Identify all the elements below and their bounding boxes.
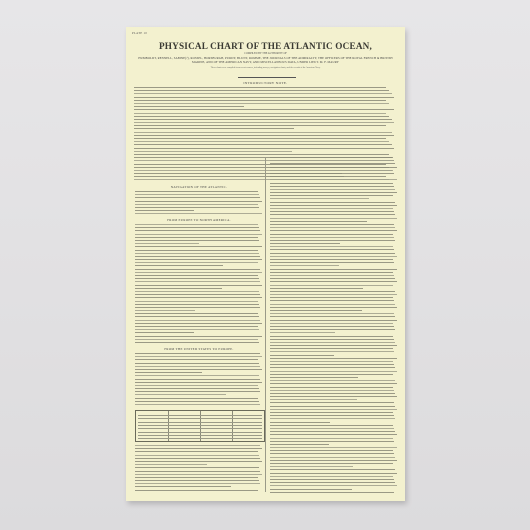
text-line	[270, 256, 397, 257]
text-line	[270, 390, 394, 391]
text-line	[270, 307, 397, 308]
text-line	[270, 160, 394, 161]
text-line	[270, 237, 394, 238]
text-line	[270, 444, 329, 445]
text-line	[135, 210, 194, 211]
column-divider	[265, 157, 266, 492]
text-line	[135, 363, 259, 364]
text-line	[134, 144, 392, 145]
text-line	[135, 259, 262, 260]
text-line	[135, 477, 258, 478]
text-line	[270, 412, 393, 413]
text-line	[135, 246, 262, 247]
text-line	[270, 434, 397, 435]
text-line	[270, 329, 395, 330]
text-line	[135, 213, 262, 214]
text-line	[135, 294, 260, 295]
text-line	[135, 391, 260, 392]
text-line	[134, 87, 386, 88]
text-line	[270, 485, 397, 486]
text-line	[270, 313, 394, 314]
text-line	[270, 269, 397, 270]
text-line	[135, 250, 258, 251]
text-line	[135, 240, 259, 241]
text-line	[135, 356, 262, 357]
text-line	[270, 428, 394, 429]
text-line	[270, 399, 357, 400]
text-line	[134, 128, 294, 129]
text-line	[135, 451, 258, 452]
text-line	[270, 240, 395, 241]
text-line	[135, 458, 260, 459]
text-line	[270, 176, 344, 177]
after-table-text	[135, 445, 263, 493]
second-route-heading: FROM THE UNITED STATES TO EUROPE.	[135, 347, 263, 351]
text-line	[270, 304, 395, 305]
text-line	[134, 154, 389, 155]
text-line	[134, 93, 392, 94]
text-line	[270, 288, 363, 289]
text-line	[135, 490, 258, 491]
text-line	[270, 224, 394, 225]
text-line	[270, 170, 393, 171]
text-line	[135, 369, 262, 370]
text-line	[270, 246, 393, 247]
text-line	[270, 195, 393, 196]
text-line	[270, 476, 393, 477]
text-line	[135, 291, 259, 292]
text-line	[135, 310, 195, 311]
text-line	[270, 364, 394, 365]
text-line	[135, 471, 260, 472]
text-line	[270, 492, 394, 493]
text-line	[270, 374, 393, 375]
text-line	[270, 310, 362, 311]
text-line	[270, 345, 397, 346]
text-line	[270, 409, 397, 410]
text-line	[135, 445, 260, 446]
text-line	[134, 138, 386, 139]
text-line	[135, 388, 259, 389]
text-line	[135, 461, 262, 462]
text-line	[270, 285, 393, 286]
text-line	[134, 100, 386, 101]
text-line	[135, 191, 258, 192]
text-line	[270, 157, 393, 158]
text-line	[134, 151, 292, 152]
text-line	[270, 406, 395, 407]
text-line	[135, 401, 259, 402]
text-line	[135, 483, 260, 484]
text-line	[135, 332, 194, 333]
poster-document: PLATE 10 PHYSICAL CHART OF THE ATLANTIC …	[126, 27, 405, 501]
first-route-heading: FROM EUROPE TO NORTH AMERICA.	[135, 218, 263, 222]
text-line	[270, 221, 367, 222]
text-line	[270, 281, 397, 282]
text-line	[270, 383, 397, 384]
text-line	[270, 342, 395, 343]
text-line	[270, 482, 395, 483]
text-line	[270, 275, 394, 276]
text-line	[135, 385, 258, 386]
text-line	[270, 358, 397, 359]
text-line	[270, 278, 395, 279]
text-line	[270, 438, 393, 439]
text-line	[135, 301, 258, 302]
text-line	[270, 367, 395, 368]
text-line	[135, 366, 260, 367]
text-line	[135, 455, 259, 456]
text-line	[270, 460, 397, 461]
text-line	[270, 243, 340, 244]
text-line	[270, 265, 339, 266]
text-line	[270, 316, 395, 317]
text-line	[270, 294, 397, 295]
text-line	[135, 486, 231, 487]
text-line	[270, 214, 395, 215]
text-line	[135, 467, 259, 468]
text-line	[135, 285, 262, 286]
text-line	[270, 186, 394, 187]
text-line	[135, 224, 258, 225]
text-line	[135, 204, 258, 205]
text-line	[135, 243, 199, 244]
text-line	[135, 194, 259, 195]
text-line	[270, 173, 394, 174]
text-line	[135, 272, 262, 273]
text-line	[270, 336, 393, 337]
text-line	[135, 288, 222, 289]
text-line	[134, 148, 394, 149]
text-line	[270, 332, 335, 333]
text-line	[135, 201, 262, 202]
text-line	[134, 125, 386, 126]
text-line	[135, 316, 259, 317]
plate-label: PLATE 10	[132, 31, 147, 35]
text-line	[135, 256, 260, 257]
text-line	[270, 208, 393, 209]
text-line	[270, 348, 393, 349]
text-line	[270, 453, 394, 454]
right-column-text	[270, 157, 398, 495]
text-line	[135, 353, 260, 354]
text-line	[270, 249, 394, 250]
text-line	[270, 326, 394, 327]
text-line	[135, 474, 262, 475]
text-line	[270, 262, 394, 263]
text-line	[134, 109, 394, 110]
text-line	[270, 163, 395, 164]
text-line	[134, 119, 392, 120]
text-line	[135, 339, 258, 340]
text-line	[270, 202, 395, 203]
text-line	[135, 253, 259, 254]
navigation-heading: NAVIGATION OF THE ATLANTIC.	[135, 185, 263, 189]
text-line	[270, 415, 394, 416]
text-line	[270, 402, 394, 403]
text-line	[135, 207, 259, 208]
text-line	[135, 404, 260, 405]
text-line	[270, 396, 397, 397]
text-line	[134, 103, 389, 104]
passage-table	[135, 410, 265, 442]
text-line	[270, 377, 358, 378]
text-line	[270, 380, 395, 381]
authors-list: HUMBOLDT, RENNELL, SABINE(?), ROSSEL, HO…	[136, 56, 395, 65]
text-line	[135, 480, 259, 481]
text-line	[270, 441, 394, 442]
text-line	[270, 234, 393, 235]
text-line	[270, 323, 393, 324]
text-line	[270, 259, 393, 260]
text-line	[134, 90, 389, 91]
text-line	[270, 297, 393, 298]
text-line	[270, 457, 395, 458]
text-line	[270, 479, 394, 480]
text-line	[270, 339, 394, 340]
text-line	[270, 355, 334, 356]
text-line	[270, 230, 397, 231]
text-line	[135, 372, 202, 373]
text-line	[134, 97, 394, 98]
text-line	[135, 394, 226, 395]
text-line	[270, 351, 394, 352]
text-line	[135, 265, 223, 266]
text-line	[134, 122, 394, 123]
text-line	[135, 379, 260, 380]
text-line	[135, 234, 262, 235]
title-rule	[238, 77, 296, 78]
text-line	[270, 463, 393, 464]
text-line	[270, 192, 397, 193]
text-line	[135, 307, 260, 308]
text-line	[270, 450, 393, 451]
text-line	[135, 398, 258, 399]
text-line	[270, 227, 395, 228]
text-line	[270, 431, 395, 432]
text-line	[135, 278, 259, 279]
text-line	[270, 393, 395, 394]
text-line	[270, 218, 397, 219]
text-line	[135, 313, 258, 314]
text-line	[135, 227, 259, 228]
text-line	[135, 464, 207, 465]
text-line	[270, 198, 369, 199]
text-line	[270, 361, 393, 362]
text-line	[135, 375, 259, 376]
text-line	[135, 230, 260, 231]
text-line	[270, 418, 395, 419]
text-line	[270, 179, 397, 180]
text-line	[270, 447, 397, 448]
text-line	[135, 237, 258, 238]
text-line	[270, 469, 395, 470]
document-title: PHYSICAL CHART OF THE ATLANTIC OCEAN,	[126, 41, 405, 51]
text-line	[270, 473, 397, 474]
text-line	[135, 323, 262, 324]
text-line	[134, 141, 389, 142]
text-line	[270, 183, 393, 184]
first-route-text	[135, 224, 263, 345]
text-line	[270, 211, 394, 212]
text-line	[270, 205, 397, 206]
second-route-text	[135, 353, 263, 407]
text-line	[135, 262, 258, 263]
text-line	[134, 116, 389, 117]
text-line	[270, 387, 393, 388]
text-line	[135, 329, 259, 330]
text-line	[270, 466, 353, 467]
text-line	[270, 300, 394, 301]
text-line	[135, 359, 258, 360]
text-line	[134, 113, 386, 114]
document-subtitle: COMPILED BY THE AUTHORITY OF	[126, 52, 405, 55]
text-line	[135, 336, 262, 337]
text-line	[270, 253, 395, 254]
text-line	[135, 275, 258, 276]
text-line	[135, 326, 258, 327]
navigation-text	[135, 191, 263, 217]
text-line	[135, 448, 262, 449]
text-line	[135, 197, 260, 198]
text-line	[270, 425, 393, 426]
text-line	[135, 320, 260, 321]
text-line	[135, 281, 260, 282]
text-line	[134, 132, 392, 133]
text-line	[135, 342, 259, 343]
text-line	[135, 304, 259, 305]
text-line	[270, 189, 395, 190]
text-line	[270, 320, 397, 321]
text-line	[270, 272, 393, 273]
text-line	[270, 422, 330, 423]
text-line	[270, 371, 397, 372]
text-line	[135, 297, 262, 298]
intro-heading: INTRODUCTORY NOTE.	[126, 81, 405, 85]
text-line	[270, 167, 397, 168]
text-line	[134, 106, 244, 107]
footnote: These charts were compiled from recent s…	[151, 67, 380, 70]
text-line	[270, 489, 352, 490]
text-line	[135, 382, 262, 383]
text-line	[135, 269, 260, 270]
text-line	[134, 135, 394, 136]
text-line	[270, 291, 395, 292]
